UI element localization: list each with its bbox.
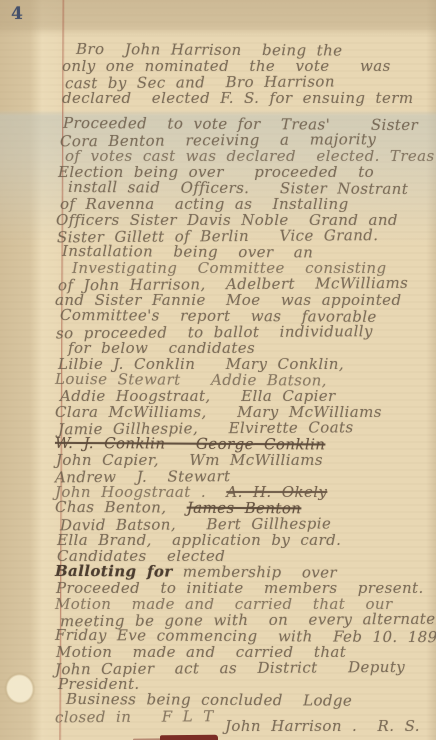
manuscript-line: of Ravenna acting as Installing (60, 196, 433, 212)
manuscript-line: John Capier, Wm McWilliams (56, 452, 433, 468)
paper-stain (0, 656, 45, 715)
page-number: 4 (11, 6, 24, 23)
ledger-page: 4 Bro John Harrison being theonly one no… (0, 0, 436, 740)
bottom-edge-mark (160, 735, 218, 740)
manuscript-line: only one nominated the vote was (62, 58, 433, 74)
manuscript-line: Proceeded to initiate members present. (56, 580, 433, 596)
handwriting-segment: declared elected F. S. for ensuing term (62, 89, 413, 107)
manuscript-line: Addie Hoogstraat, Ella Capier (60, 388, 433, 404)
manuscript-line: for below candidates (68, 340, 433, 356)
handwriting-segment: John Harrison . R. S. (225, 717, 420, 735)
handwriting-segment: Chas Benton, (55, 498, 187, 517)
manuscript-line: Ella Brand, application by card. (57, 532, 433, 548)
overwritten-text: Balloting for (55, 562, 173, 581)
manuscript-line: Clara McWilliams, Mary McWilliams (55, 404, 433, 420)
manuscript-line: of votes cast was declared elected. Trea… (65, 148, 433, 164)
manuscript-line: declared elected F. S. for ensuing term (62, 90, 433, 106)
handwriting-segment: closed in F L T (55, 707, 214, 726)
handwritten-text: Bro John Harrison being theonly one nomi… (55, 42, 433, 734)
handwriting-segment: John Capier, Wm McWilliams (56, 451, 323, 469)
signature-line: John Harrison . R. S. (225, 718, 433, 734)
